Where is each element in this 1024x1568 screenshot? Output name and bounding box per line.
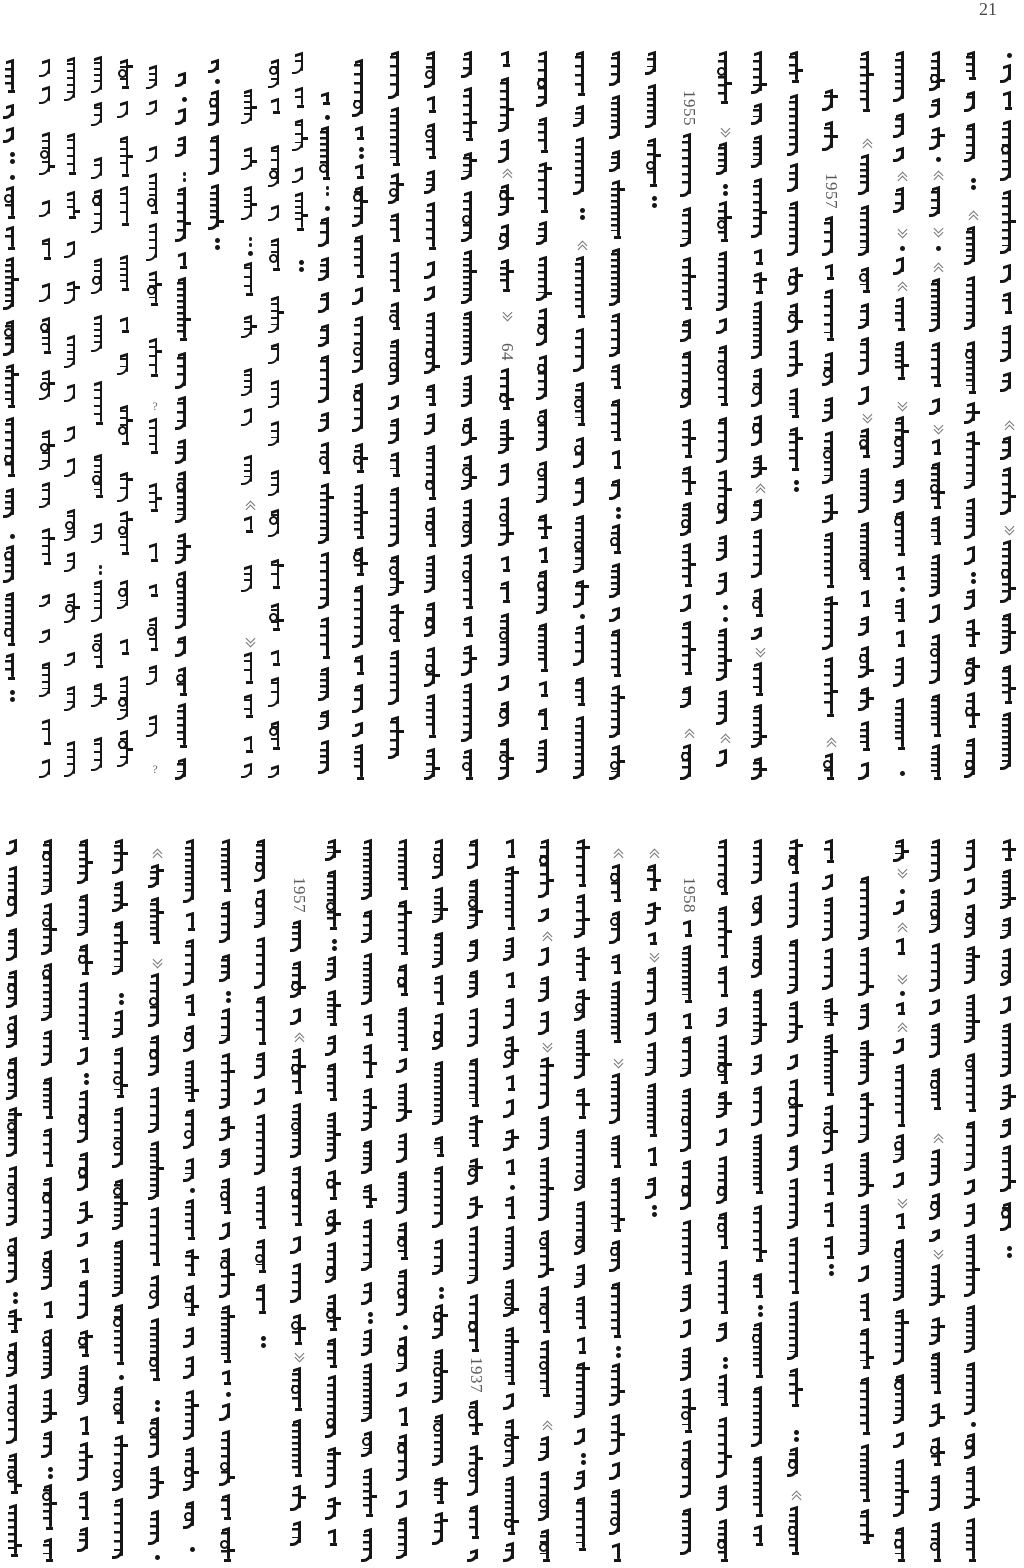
glyph-loop	[7, 1122, 16, 1131]
glyph-final	[650, 942, 657, 945]
glyph-final	[538, 1269, 549, 1278]
mongolian-word	[358, 1185, 382, 1208]
glyph-final	[82, 1037, 89, 1040]
mongolian-word	[180, 995, 204, 1016]
glyph-teeth	[327, 875, 334, 922]
glyph-final	[361, 1296, 372, 1305]
glyph-final	[503, 1401, 514, 1410]
mongolian-word	[784, 840, 808, 874]
glyph-teeth	[505, 1204, 512, 1211]
glyph-teeth	[611, 961, 618, 966]
mongolian-word	[748, 1135, 772, 1194]
text-column: ᠃	[3, 0, 27, 1568]
mongolian-word	[535, 1158, 559, 1221]
glyph-tick	[1011, 1095, 1016, 1098]
glyph-final	[827, 860, 834, 863]
glyph-teeth	[221, 1499, 228, 1512]
glyph-final	[361, 1553, 372, 1562]
punctuation-mark: 《	[926, 1133, 950, 1145]
glyph-loop	[291, 1321, 300, 1330]
glyph-tick	[869, 1184, 874, 1187]
glyph-final	[6, 908, 17, 917]
document-page: 21 ᠃᠂᠂᠃᠄??᠂᠄᠂᠃᠄᠂《》᠃᠂᠄᠂᠃《》64᠃《᠂᠃᠃1955《》᠃᠂…	[0, 0, 1024, 1568]
glyph-teeth	[327, 1343, 334, 1360]
mongolian-word	[997, 1119, 1021, 1138]
mongolian-word	[571, 1338, 595, 1354]
mongolian-word	[287, 921, 311, 952]
glyph-tick	[514, 1308, 519, 1311]
glyph-final	[396, 1499, 407, 1508]
mongolian-word	[464, 940, 488, 962]
glyph-final	[929, 1233, 940, 1242]
mongolian-word	[464, 880, 488, 929]
mongolian-word	[3, 1385, 27, 1444]
text-column	[855, 0, 879, 1568]
mongolian-word	[677, 1285, 701, 1312]
glyph-final	[6, 1091, 17, 1100]
mongolian-word	[358, 954, 382, 1005]
glyph-loop	[894, 1249, 903, 1258]
mongolian-word	[38, 904, 62, 955]
glyph-final	[929, 1211, 940, 1220]
mongolian-word	[145, 898, 169, 944]
mongolian-word	[251, 1115, 275, 1175]
glyph-final	[295, 1408, 302, 1411]
glyph-teeth	[150, 903, 157, 936]
glyph-final	[467, 1553, 478, 1562]
mongolian-word	[216, 1371, 240, 1385]
glyph-final	[822, 1145, 833, 1154]
glyph-loop	[930, 909, 939, 918]
glyph-loop	[433, 1312, 442, 1321]
glyph-final	[609, 1446, 620, 1455]
glyph-final	[929, 924, 940, 933]
glyph-teeth	[398, 848, 405, 882]
mongolian-word	[642, 1178, 666, 1199]
text-column: ᠃	[322, 0, 346, 1568]
glyph-final	[614, 1165, 621, 1168]
glyph-teeth	[469, 1063, 476, 1099]
mongolian-word	[429, 1240, 453, 1275]
glyph-teeth	[576, 955, 583, 973]
glyph-final	[112, 865, 123, 874]
glyph-teeth	[576, 1094, 583, 1111]
glyph-tick	[123, 852, 128, 855]
mongolian-word	[606, 1136, 630, 1168]
glyph-tick	[336, 1502, 341, 1505]
glyph-teeth	[43, 1398, 50, 1415]
glyph-teeth	[185, 945, 192, 978]
mongolian-word	[145, 1276, 169, 1309]
glyph-teeth	[576, 901, 583, 930]
mongolian-word	[926, 944, 950, 992]
glyph-loop	[539, 1237, 548, 1246]
glyph-tick	[336, 850, 341, 853]
glyph-final	[503, 1553, 514, 1562]
mongolian-word	[429, 933, 453, 968]
inline-numeral: 1957	[287, 877, 311, 913]
glyph-final	[112, 903, 123, 912]
glyph-final	[295, 1223, 302, 1226]
glyph-final	[1000, 1183, 1011, 1192]
mongolian-word	[926, 1523, 950, 1562]
glyph-final	[224, 1559, 231, 1562]
glyph-loop	[504, 1438, 513, 1447]
glyph-final	[6, 1368, 17, 1377]
glyph-teeth	[931, 846, 938, 874]
glyph-final	[396, 1113, 407, 1122]
glyph-final	[254, 1096, 265, 1105]
glyph-teeth	[611, 1287, 618, 1330]
mongolian-word	[109, 1011, 133, 1038]
mongolian-word	[997, 1024, 1021, 1077]
mongolian-word	[251, 1053, 275, 1079]
glyph-tick	[52, 1502, 57, 1505]
glyph-final	[538, 957, 549, 966]
mongolian-word	[606, 1415, 630, 1455]
glyph-final	[822, 981, 833, 990]
glyph-teeth	[718, 912, 725, 950]
glyph-final	[396, 1064, 407, 1073]
glyph-final	[964, 1344, 975, 1353]
glyph-loop	[610, 917, 619, 926]
glyph-final	[254, 1070, 265, 1079]
glyph-final	[361, 1347, 372, 1356]
glyph-spine	[901, 1215, 904, 1226]
glyph-final	[437, 1501, 444, 1504]
text-column: 《》《	[535, 0, 559, 1568]
glyph-final	[538, 913, 549, 922]
glyph-loop	[681, 1411, 690, 1420]
glyph-final	[46, 1527, 53, 1530]
glyph-tick	[52, 1412, 57, 1415]
glyph-teeth	[398, 1522, 405, 1551]
glyph-final	[224, 1360, 231, 1363]
glyph-teeth	[576, 1367, 583, 1410]
glyph-final	[787, 1351, 798, 1360]
glyph-tick	[975, 1268, 980, 1271]
glyph-final	[792, 1552, 799, 1555]
glyph-teeth	[43, 1544, 50, 1554]
glyph-teeth	[753, 994, 760, 1037]
mongolian-word	[855, 1329, 879, 1369]
mongolian-word	[429, 840, 453, 879]
glyph-loop	[326, 1216, 335, 1225]
mongolian-word	[251, 890, 275, 928]
mongolian-word	[3, 1343, 27, 1377]
glyph-final	[401, 1257, 408, 1260]
glyph-loop	[7, 984, 16, 993]
glyph-loop	[291, 1189, 300, 1198]
mongolian-word	[109, 882, 133, 912]
mongolian-word	[926, 1069, 950, 1110]
glyph-final	[574, 1436, 585, 1445]
glyph-loop	[752, 960, 761, 969]
glyph-final	[366, 1205, 373, 1208]
glyph-tick	[336, 1222, 341, 1225]
glyph-teeth	[79, 1285, 86, 1311]
glyph-final	[1000, 1222, 1011, 1231]
glyph-loop	[184, 1033, 193, 1042]
glyph-teeth	[221, 1439, 228, 1478]
mongolian-word	[251, 1089, 275, 1105]
glyph-final	[82, 972, 89, 975]
glyph-final	[792, 871, 799, 874]
glyph-teeth	[611, 1183, 618, 1224]
mongolian-word	[606, 1463, 630, 1480]
glyph-final	[893, 1508, 904, 1517]
mongolian-word	[535, 1012, 559, 1035]
glyph-final	[574, 1012, 585, 1021]
glyph-tick	[940, 1295, 945, 1298]
glyph-final	[361, 1448, 372, 1457]
glyph-loop	[149, 1358, 158, 1367]
glyph-final	[614, 1559, 621, 1562]
glyph-final	[863, 1318, 870, 1321]
mongolian-word	[429, 1415, 453, 1466]
glyph-tick	[1011, 897, 1016, 900]
glyph-teeth	[895, 1071, 902, 1119]
glyph-final	[929, 1418, 940, 1427]
glyph-final	[325, 1153, 336, 1162]
punctuation-mark: ᠃	[819, 1264, 843, 1276]
glyph-tick	[549, 1268, 554, 1271]
glyph-final	[437, 1002, 444, 1005]
glyph-final	[716, 1333, 727, 1342]
mongolian-word	[429, 1478, 453, 1504]
glyph-final	[183, 1173, 194, 1182]
glyph-loop	[930, 1202, 939, 1211]
mongolian-word	[713, 1375, 737, 1406]
mongolian-word	[74, 983, 98, 1040]
mongolian-word	[890, 1433, 914, 1448]
mongolian-word	[926, 1194, 950, 1220]
glyph-final	[6, 846, 17, 855]
glyph-tick	[478, 1423, 483, 1426]
glyph-teeth	[79, 1451, 86, 1473]
glyph-loop	[220, 1260, 229, 1269]
mongolian-word	[890, 1460, 914, 1517]
mongolian-word	[926, 840, 950, 882]
glyph-loop	[397, 1347, 406, 1356]
glyph-final	[898, 1559, 905, 1562]
glyph-tick	[372, 1495, 377, 1498]
glyph-final	[685, 1430, 692, 1433]
mongolian-word	[216, 1431, 240, 1486]
glyph-loop	[717, 1540, 726, 1549]
glyph-final	[680, 1489, 691, 1498]
mongolian-word	[606, 1283, 630, 1338]
glyph-final	[183, 894, 194, 903]
glyph-final	[893, 906, 904, 915]
mongolian-word	[606, 1241, 630, 1272]
glyph-loop	[291, 1064, 300, 1073]
glyph-teeth	[221, 907, 228, 935]
mongolian-word	[677, 1221, 701, 1275]
glyph-final	[396, 1307, 407, 1316]
glyph-final	[361, 891, 372, 900]
glyph-tick	[194, 1089, 199, 1092]
glyph-final	[716, 1137, 727, 1146]
glyph-tick	[869, 1356, 874, 1359]
glyph-tick	[727, 1455, 732, 1458]
glyph-final	[964, 1162, 975, 1171]
glyph-teeth	[966, 1126, 973, 1163]
mongolian-word	[748, 1206, 772, 1262]
glyph-final	[863, 1499, 870, 1502]
text-column: ᠃	[251, 0, 275, 1568]
glyph-final	[295, 1342, 302, 1345]
glyph-final	[290, 1537, 301, 1546]
glyph-teeth	[256, 1289, 263, 1306]
glyph-final	[934, 1107, 941, 1110]
mongolian-word	[855, 1041, 879, 1085]
mongolian-word	[358, 1283, 382, 1305]
glyph-final	[964, 929, 975, 938]
mongolian-word	[216, 840, 240, 892]
punctuation-mark: 》	[642, 951, 666, 963]
glyph-final	[893, 1154, 904, 1163]
mongolian-word	[748, 896, 772, 926]
glyph-final	[325, 1274, 336, 1283]
glyph-tick	[230, 1476, 235, 1479]
punctuation-mark: 《	[784, 1490, 808, 1502]
glyph-final	[503, 1261, 514, 1270]
glyph-final	[822, 881, 833, 890]
mongolian-word	[535, 840, 559, 898]
glyph-spine	[688, 1015, 691, 1026]
glyph-teeth	[860, 954, 867, 988]
mongolian-word	[3, 1167, 27, 1226]
glyph-tick	[869, 985, 874, 988]
mongolian-word	[571, 1265, 595, 1288]
glyph-teeth	[966, 953, 973, 976]
mongolian-word	[180, 1200, 204, 1240]
glyph-final	[1000, 977, 1011, 986]
glyph-teeth	[682, 1167, 689, 1202]
glyph-tick	[123, 1084, 128, 1087]
glyph-tick	[301, 1327, 306, 1330]
glyph-teeth	[931, 952, 938, 984]
glyph-final	[929, 1049, 940, 1058]
mongolian-word	[109, 1108, 133, 1168]
punctuation-mark: 《	[535, 1420, 559, 1432]
text-column: 》᠂《》᠂《》	[890, 0, 914, 1568]
glyph-final	[41, 1449, 52, 1458]
glyph-final	[396, 1550, 407, 1559]
mongolian-word	[429, 1062, 453, 1125]
glyph-tick	[123, 1202, 128, 1205]
glyph-final	[330, 927, 337, 930]
glyph-final	[645, 1026, 656, 1035]
glyph-loop	[326, 902, 335, 911]
mongolian-word	[38, 840, 62, 895]
glyph-final	[614, 971, 621, 974]
glyph-final	[467, 920, 478, 929]
glyph-loop	[78, 1385, 87, 1394]
mongolian-word	[322, 1113, 346, 1162]
mongolian-word	[464, 1009, 488, 1047]
glyph-teeth	[789, 891, 796, 920]
mongolian-word	[961, 1306, 985, 1353]
glyph-teeth	[398, 1013, 405, 1043]
glyph-spine	[511, 1161, 514, 1172]
glyph-final	[467, 989, 478, 998]
glyph-final	[508, 1382, 515, 1385]
glyph-teeth	[327, 1453, 334, 1480]
glyph-final	[437, 1154, 444, 1157]
text-column: ᠃	[38, 0, 62, 1568]
glyph-final	[46, 1116, 53, 1119]
mongolian-word	[109, 1241, 133, 1297]
punctuation-mark: 《	[890, 922, 914, 934]
glyph-tick	[904, 1321, 909, 1324]
glyph-teeth	[185, 1001, 192, 1008]
glyph-final	[330, 1543, 337, 1546]
glyph-final	[77, 875, 88, 884]
glyph-final	[934, 1463, 941, 1466]
mongolian-word	[997, 997, 1021, 1014]
glyph-final	[792, 1291, 799, 1294]
glyph-tick	[478, 910, 483, 913]
glyph-teeth	[363, 1096, 370, 1123]
mongolian-word	[38, 1485, 62, 1530]
glyph-loop	[42, 1194, 51, 1203]
glyph-final	[112, 1029, 123, 1038]
mongolian-word	[464, 1295, 488, 1352]
glyph-final	[330, 1098, 337, 1101]
glyph-teeth	[789, 1187, 796, 1221]
glyph-final	[259, 1311, 266, 1314]
mongolian-word	[216, 902, 240, 943]
glyph-final	[219, 1100, 230, 1109]
glyph-loop	[965, 915, 974, 924]
mongolian-word	[429, 976, 453, 1005]
glyph-final	[609, 1526, 620, 1535]
mongolian-word	[251, 840, 275, 882]
punctuation-mark: ᠃	[251, 1336, 275, 1348]
mongolian-word	[748, 1457, 772, 1517]
glyph-final	[716, 1502, 727, 1511]
glyph-teeth	[363, 1226, 370, 1263]
mongolian-word	[74, 1492, 98, 1520]
glyph-tick	[514, 1340, 519, 1343]
glyph-final	[254, 873, 265, 882]
mongolian-word	[145, 1036, 169, 1076]
glyph-spine	[333, 1531, 336, 1543]
glyph-teeth	[114, 1309, 121, 1357]
glyph-final	[401, 1048, 408, 1051]
glyph-final	[929, 1336, 940, 1345]
glyph-teeth	[505, 1005, 512, 1021]
mongolian-word	[464, 971, 488, 998]
glyph-teeth	[824, 957, 831, 982]
glyph-loop	[7, 1470, 16, 1479]
glyph-final	[508, 1172, 515, 1175]
glyph-final	[579, 1351, 586, 1354]
punctuation-mark: 》	[890, 1197, 914, 1209]
mongolian-word	[180, 913, 204, 931]
glyph-tick	[301, 1496, 306, 1499]
glyph-final	[77, 927, 88, 936]
glyph-loop	[78, 1337, 87, 1346]
glyph-final	[148, 1018, 159, 1027]
glyph-final	[153, 941, 160, 944]
glyph-final	[224, 1382, 231, 1385]
mongolian-word	[677, 1320, 701, 1338]
glyph-final	[183, 1482, 194, 1491]
glyph-final	[188, 928, 195, 931]
